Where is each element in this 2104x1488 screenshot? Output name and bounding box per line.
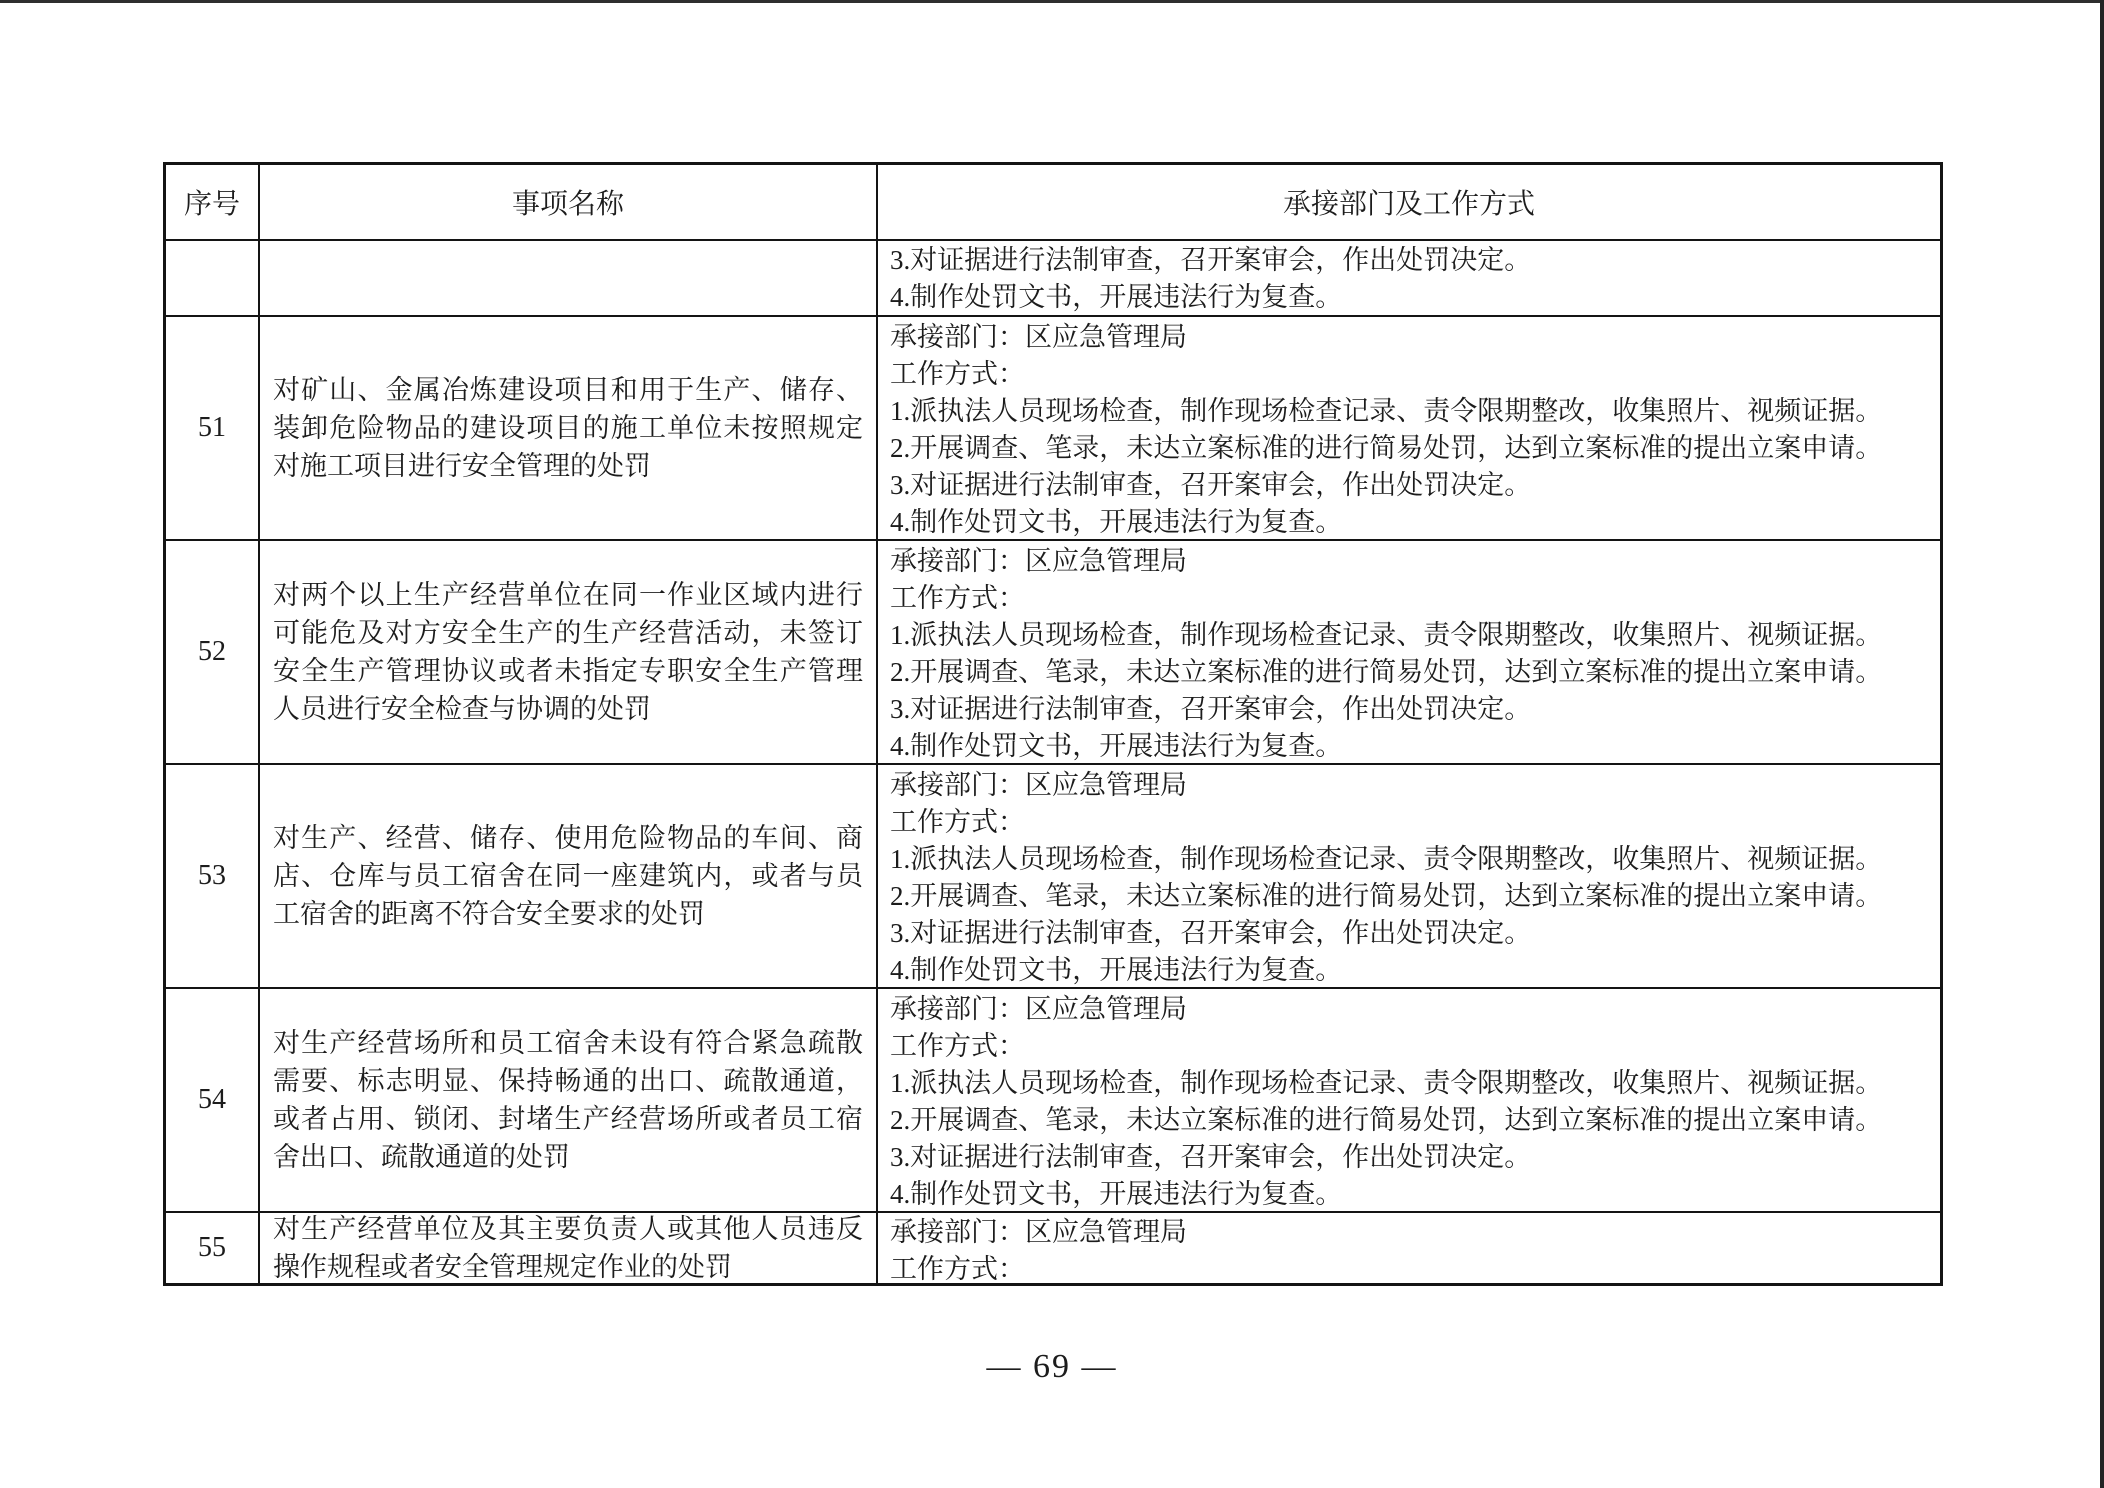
work-step-line: 3.对证据进行法制审查，召开案审会，作出处罚决定。 (890, 1139, 1928, 1176)
item-name-text: 对矿山、金属冶炼建设项目和用于生产、储存、装卸危险物品的建设项目的施工单位未按照… (273, 371, 863, 485)
table-row: 53 对生产、经营、储存、使用危险物品的车间、商店、仓库与员工宿舍在同一座建筑内… (166, 763, 1940, 987)
scan-artifact-top-edge (0, 0, 2104, 3)
table-row: 52 对两个以上生产经营单位在同一作业区域内进行可能危及对方安全生产的生产经营活… (166, 539, 1940, 763)
header-serial-number: 序号 (166, 165, 260, 239)
table-row: 51 对矿山、金属冶炼建设项目和用于生产、储存、装卸危险物品的建设项目的施工单位… (166, 315, 1940, 539)
scan-artifact-right-edge (2100, 0, 2104, 1488)
work-step-line: 3.对证据进行法制审查，召开案审会，作出处罚决定。 (890, 691, 1928, 728)
cell-item-name: 对生产经营场所和员工宿舍未设有符合紧急疏散需要、标志明显、保持畅通的出口、疏散通… (260, 989, 878, 1211)
department-line: 承接部门：区应急管理局 (890, 319, 1928, 356)
cell-department-method: 承接部门：区应急管理局 工作方式： 1.派执法人员现场检查，制作现场检查记录、责… (878, 541, 1940, 763)
work-step-line: 1.派执法人员现场检查，制作现场检查记录、责令限期整改，收集照片、视频证据。 (890, 393, 1928, 430)
work-step-line: 2.开展调查、笔录，未达立案标准的进行简易处罚，达到立案标准的提出立案申请。 (890, 878, 1928, 915)
work-step-line: 2.开展调查、笔录，未达立案标准的进行简易处罚，达到立案标准的提出立案申请。 (890, 430, 1928, 467)
method-label-line: 工作方式： (890, 1028, 1928, 1065)
department-line: 承接部门：区应急管理局 (890, 543, 1928, 580)
table-row: 3.对证据进行法制审查，召开案审会，作出处罚决定。 4.制作处罚文书，开展违法行… (166, 239, 1940, 315)
work-step-line: 3.对证据进行法制审查，召开案审会，作出处罚决定。 (890, 242, 1928, 279)
cell-serial-number: 54 (166, 989, 260, 1211)
work-step-line: 1.派执法人员现场检查，制作现场检查记录、责令限期整改，收集照片、视频证据。 (890, 841, 1928, 878)
matters-table: 序号 事项名称 承接部门及工作方式 3.对证据进行法制审查，召开案审会，作出处罚… (163, 162, 1943, 1286)
cell-department-method: 3.对证据进行法制审查，召开案审会，作出处罚决定。 4.制作处罚文书，开展违法行… (878, 241, 1940, 315)
cell-department-method: 承接部门：区应急管理局 工作方式： (878, 1213, 1940, 1283)
item-name-text: 对两个以上生产经营单位在同一作业区域内进行可能危及对方安全生产的生产经营活动，未… (273, 576, 863, 728)
work-step-line: 1.派执法人员现场检查，制作现场检查记录、责令限期整改，收集照片、视频证据。 (890, 617, 1928, 654)
header-department-method: 承接部门及工作方式 (878, 165, 1940, 239)
document-page: 序号 事项名称 承接部门及工作方式 3.对证据进行法制审查，召开案审会，作出处罚… (0, 0, 2104, 1488)
cell-item-name: 对生产经营单位及其主要负责人或其他人员违反操作规程或者安全管理规定作业的处罚 (260, 1213, 878, 1283)
cell-serial-number (166, 241, 260, 315)
table-row: 55 对生产经营单位及其主要负责人或其他人员违反操作规程或者安全管理规定作业的处… (166, 1211, 1940, 1283)
header-item-name: 事项名称 (260, 165, 878, 239)
cell-department-method: 承接部门：区应急管理局 工作方式： 1.派执法人员现场检查，制作现场检查记录、责… (878, 765, 1940, 987)
table-row: 54 对生产经营场所和员工宿舍未设有符合紧急疏散需要、标志明显、保持畅通的出口、… (166, 987, 1940, 1211)
method-label-line: 工作方式： (890, 804, 1928, 841)
table-header-row: 序号 事项名称 承接部门及工作方式 (166, 165, 1940, 239)
cell-serial-number: 51 (166, 317, 260, 539)
work-step-line: 1.派执法人员现场检查，制作现场检查记录、责令限期整改，收集照片、视频证据。 (890, 1065, 1928, 1102)
work-step-line: 2.开展调查、笔录，未达立案标准的进行简易处罚，达到立案标准的提出立案申请。 (890, 1102, 1928, 1139)
item-name-text: 对生产经营场所和员工宿舍未设有符合紧急疏散需要、标志明显、保持畅通的出口、疏散通… (273, 1024, 863, 1176)
cell-serial-number: 55 (166, 1213, 260, 1283)
cell-serial-number: 53 (166, 765, 260, 987)
method-label-line: 工作方式： (890, 356, 1928, 393)
work-step-line: 4.制作处罚文书，开展违法行为复查。 (890, 952, 1928, 989)
cell-serial-number: 52 (166, 541, 260, 763)
item-name-text: 对生产经营单位及其主要负责人或其他人员违反操作规程或者安全管理规定作业的处罚 (273, 1210, 863, 1286)
cell-item-name: 对两个以上生产经营单位在同一作业区域内进行可能危及对方安全生产的生产经营活动，未… (260, 541, 878, 763)
work-step-line: 4.制作处罚文书，开展违法行为复查。 (890, 728, 1928, 765)
page-number: — 69 — (0, 1348, 2104, 1386)
department-line: 承接部门：区应急管理局 (890, 991, 1928, 1028)
cell-item-name (260, 241, 878, 315)
item-name-text: 对生产、经营、储存、使用危险物品的车间、商店、仓库与员工宿舍在同一座建筑内，或者… (273, 819, 863, 933)
department-line: 承接部门：区应急管理局 (890, 1214, 1928, 1251)
cell-department-method: 承接部门：区应急管理局 工作方式： 1.派执法人员现场检查，制作现场检查记录、责… (878, 989, 1940, 1211)
cell-item-name: 对生产、经营、储存、使用危险物品的车间、商店、仓库与员工宿舍在同一座建筑内，或者… (260, 765, 878, 987)
cell-department-method: 承接部门：区应急管理局 工作方式： 1.派执法人员现场检查，制作现场检查记录、责… (878, 317, 1940, 539)
method-label-line: 工作方式： (890, 580, 1928, 617)
work-step-line: 4.制作处罚文书，开展违法行为复查。 (890, 279, 1928, 316)
work-step-line: 2.开展调查、笔录，未达立案标准的进行简易处罚，达到立案标准的提出立案申请。 (890, 654, 1928, 691)
method-label-line: 工作方式： (890, 1251, 1928, 1288)
work-step-line: 3.对证据进行法制审查，召开案审会，作出处罚决定。 (890, 915, 1928, 952)
work-step-line: 3.对证据进行法制审查，召开案审会，作出处罚决定。 (890, 467, 1928, 504)
work-step-line: 4.制作处罚文书，开展违法行为复查。 (890, 504, 1928, 541)
cell-item-name: 对矿山、金属冶炼建设项目和用于生产、储存、装卸危险物品的建设项目的施工单位未按照… (260, 317, 878, 539)
work-step-line: 4.制作处罚文书，开展违法行为复查。 (890, 1176, 1928, 1213)
department-line: 承接部门：区应急管理局 (890, 767, 1928, 804)
